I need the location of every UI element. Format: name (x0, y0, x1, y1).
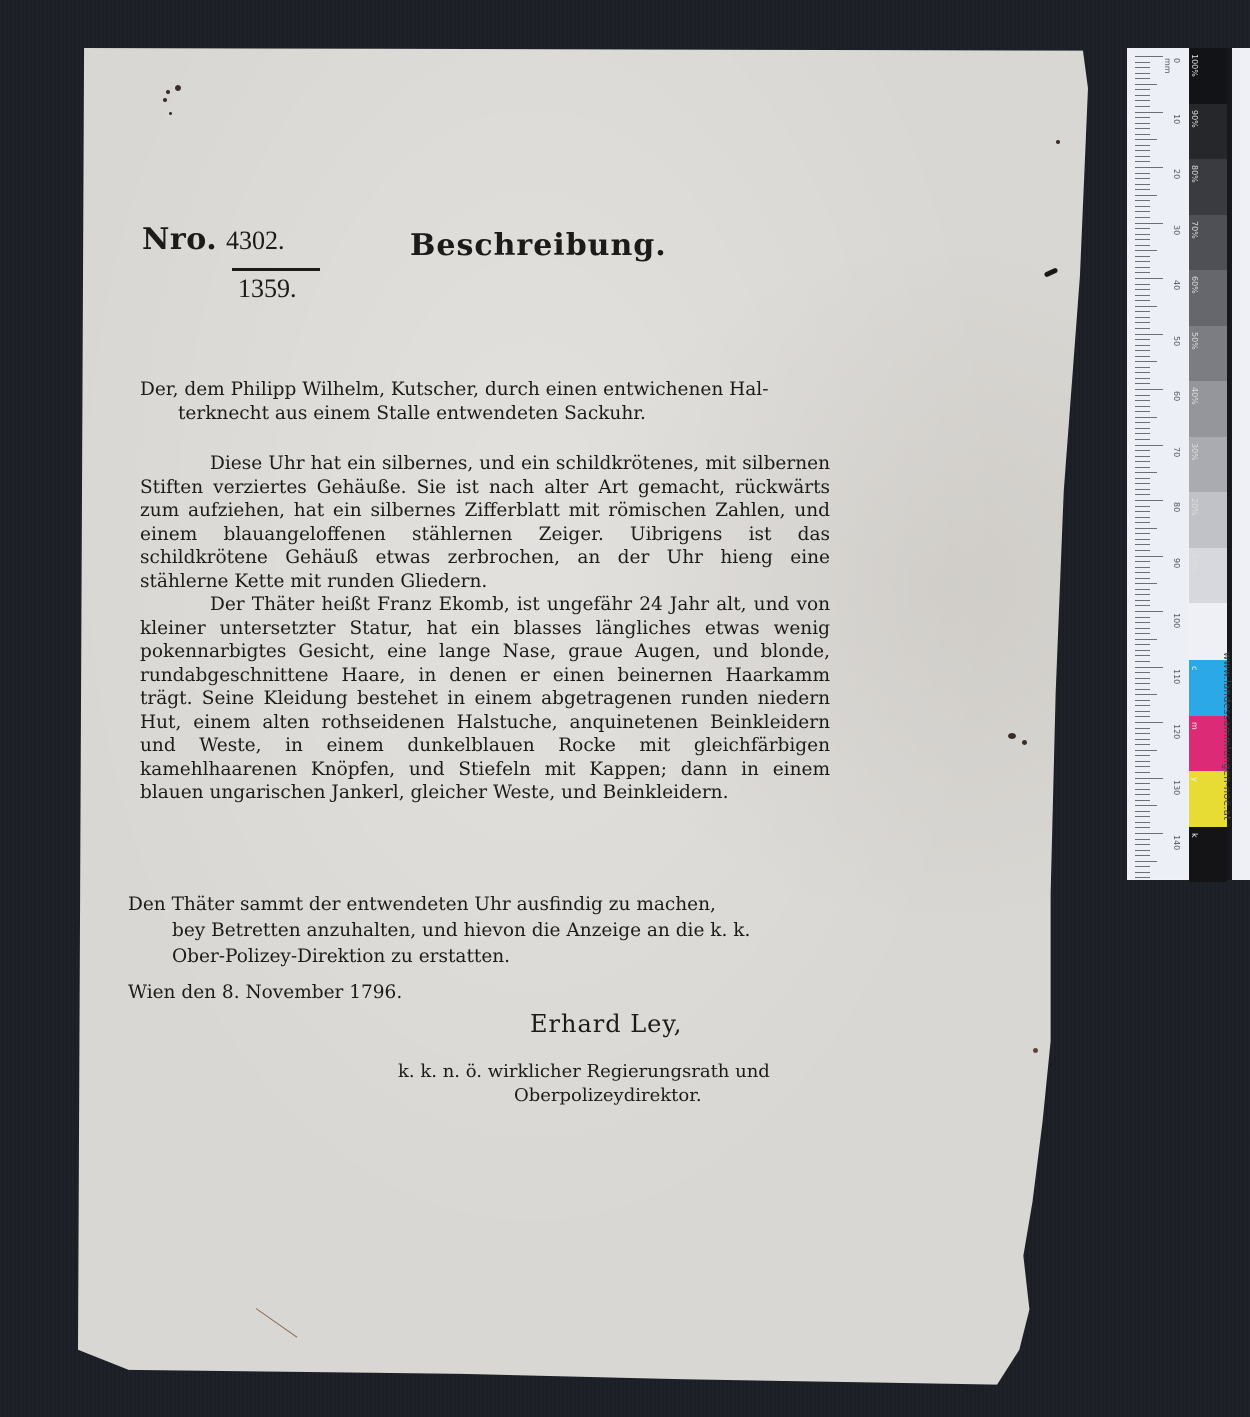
ruler-tick (1135, 311, 1150, 312)
ruler-tick (1135, 622, 1150, 623)
ruler-tick (1135, 556, 1163, 557)
ruler-tick (1135, 178, 1150, 179)
ruler-tick (1135, 173, 1150, 174)
ruler-tick (1135, 422, 1150, 423)
ink-spot (169, 112, 172, 115)
ruler-tick (1135, 683, 1150, 684)
gray-patch: 30% (1189, 437, 1227, 493)
ruler-tick (1135, 433, 1150, 434)
ruler-tick (1135, 639, 1157, 640)
ruler-tick (1135, 234, 1150, 235)
ruler-tick (1135, 145, 1150, 146)
ruler-tick (1135, 67, 1150, 68)
ruler-tick (1135, 567, 1150, 568)
ruler-tick (1135, 689, 1150, 690)
ruler-tick (1135, 428, 1150, 429)
closing-line-3: Ober-Polizey-Direktion zu erstatten. (128, 944, 828, 970)
ruler-label: 10 (1172, 114, 1181, 124)
ruler-tick (1135, 161, 1150, 162)
ruler-tick (1135, 861, 1157, 862)
ruler-tick (1135, 272, 1150, 273)
ruler-tick (1135, 811, 1150, 812)
ruler-tick (1135, 395, 1150, 396)
ruler-tick (1135, 245, 1150, 246)
signatory-title: k. k. n. ö. wirklicher Regierungsrath un… (398, 1060, 770, 1108)
ruler-tick (1135, 189, 1150, 190)
ruler-tick (1135, 739, 1150, 740)
ruler-tick (1135, 711, 1150, 712)
gray-patch: 20% (1189, 492, 1227, 548)
ruler-label: 70 (1172, 447, 1181, 457)
gray-patch: 50% (1189, 326, 1227, 382)
ruler-tick (1135, 833, 1163, 834)
ruler-tick (1135, 489, 1150, 490)
ruler-label: 140 (1172, 835, 1181, 850)
ruler-tick (1135, 633, 1150, 634)
ruler-tick (1135, 134, 1150, 135)
ruler-tick (1135, 439, 1150, 440)
ruler-tick (1135, 128, 1150, 129)
ruler-tick (1135, 827, 1150, 828)
ruler-tick (1135, 628, 1150, 629)
ruler-tick (1135, 722, 1163, 723)
ruler-tick (1135, 456, 1150, 457)
ink-spot (1033, 1048, 1038, 1053)
ruler-tick (1135, 506, 1150, 507)
ruler-tick (1135, 594, 1150, 595)
ink-spot (175, 85, 181, 91)
ruler-tick (1135, 772, 1150, 773)
ruler-tick (1135, 783, 1150, 784)
ruler-tick (1135, 589, 1150, 590)
ruler-tick (1135, 539, 1150, 540)
gray-patch-label: 50% (1190, 332, 1199, 350)
ruler-tick (1135, 106, 1150, 107)
ruler-tick (1135, 184, 1150, 185)
ruler-tick (1135, 661, 1150, 662)
ruler-tick (1135, 844, 1150, 845)
ruler-tick (1135, 672, 1150, 673)
ruler-tick (1135, 728, 1150, 729)
ruler-tick (1135, 517, 1150, 518)
ruler-tick (1135, 417, 1157, 418)
document-date: Wien den 8. November 1796. (128, 982, 402, 1003)
gray-patch-label: 40% (1190, 387, 1199, 405)
ruler-tick (1135, 472, 1157, 473)
ink-spot (1022, 740, 1027, 745)
ruler-label: 60 (1172, 391, 1181, 401)
ruler-label: 110 (1172, 669, 1181, 684)
ink-spot (163, 98, 167, 102)
ruler-tick (1135, 367, 1150, 368)
ruler-tick (1135, 611, 1163, 612)
ruler-tick (1135, 339, 1150, 340)
ruler-tick (1135, 156, 1150, 157)
ruler-tick (1135, 84, 1157, 85)
ruler-tick (1135, 73, 1150, 74)
ruler-tick (1135, 289, 1150, 290)
ruler-tick (1135, 95, 1150, 96)
ruler-tick (1135, 306, 1157, 307)
ruler-tick (1135, 755, 1150, 756)
ruler-tick (1135, 223, 1163, 224)
ink-spot (1056, 140, 1060, 144)
ruler-tick (1135, 778, 1163, 779)
ruler-tick (1135, 617, 1150, 618)
closing-line-1: Den Thäter sammt der entwendeten Uhr aus… (128, 894, 716, 915)
ruler-tick (1135, 511, 1150, 512)
ruler-tick (1135, 195, 1157, 196)
ruler-label: 80 (1172, 502, 1181, 512)
ruler-tick (1135, 494, 1150, 495)
ruler-label: 100 (1172, 613, 1181, 628)
ruler-tick (1135, 877, 1150, 878)
ruler-tick (1135, 406, 1150, 407)
ruler-tick (1135, 117, 1150, 118)
ruler-tick (1135, 322, 1150, 323)
ruler-tick (1135, 694, 1157, 695)
gray-patch-label: 30% (1190, 443, 1199, 461)
color-patch-label: c (1190, 666, 1199, 670)
ruler-tick (1135, 211, 1150, 212)
ruler-label: 40 (1172, 280, 1181, 290)
ruler-tick (1135, 855, 1150, 856)
ruler-tick (1135, 123, 1150, 124)
gray-patch-label: 10% (1190, 554, 1199, 572)
ruler-tick (1135, 217, 1150, 218)
ruler-tick (1135, 411, 1150, 412)
ruler-tick (1135, 256, 1150, 257)
color-patch: k (1189, 827, 1227, 883)
ruler-tick (1135, 700, 1150, 701)
gray-patch: 60% (1189, 270, 1227, 326)
color-patch-label: m (1190, 722, 1199, 730)
ruler-tick (1135, 284, 1150, 285)
signatory-title-line-2: Oberpolizeydirektor. (398, 1084, 770, 1108)
perpetrator-description-paragraph: Der Thäter heißt Franz Ekomb, ist ungefä… (140, 593, 830, 805)
ruler-tick (1135, 300, 1150, 301)
fraction-line (232, 268, 320, 271)
ruler-tick (1135, 250, 1157, 251)
ruler-tick (1135, 816, 1150, 817)
ruler-tick (1135, 794, 1150, 795)
ruler-tick (1135, 872, 1150, 873)
ruler-tick (1135, 583, 1157, 584)
ruler-tick (1135, 345, 1150, 346)
ruler-tick (1135, 678, 1150, 679)
ink-spot (166, 90, 170, 94)
color-patch-label: y (1190, 777, 1199, 782)
ruler-tick (1135, 478, 1150, 479)
number-prefix: Nro. (142, 222, 217, 257)
ruler-tick (1135, 350, 1150, 351)
ink-spot (1044, 267, 1059, 277)
gray-patch: 70% (1189, 215, 1227, 271)
gray-patch-label: 80% (1190, 165, 1199, 183)
ruler-tick (1135, 150, 1150, 151)
ruler-tick (1135, 522, 1150, 523)
subject-line-1: Der, dem Philipp Wilhelm, Kutscher, durc… (140, 379, 768, 400)
ruler-tick (1135, 372, 1150, 373)
ruler-tick (1135, 550, 1150, 551)
ruler-tick (1135, 400, 1150, 401)
ruler-tick (1135, 200, 1150, 201)
ruler-tick (1135, 78, 1150, 79)
ruler-tick (1135, 450, 1150, 451)
gray-patch-label: 60% (1190, 276, 1199, 294)
ruler-tick (1135, 100, 1150, 101)
ruler-tick (1135, 766, 1150, 767)
collection-url: www.landessammlungen-noe.at (1221, 652, 1232, 820)
ruler-tick (1135, 850, 1150, 851)
signatory-title-line-1: k. k. n. ö. wirklicher Regierungsrath un… (398, 1061, 770, 1082)
ruler-tick (1135, 822, 1150, 823)
watch-description-paragraph: Diese Uhr hat ein silbernes, und ein sch… (140, 452, 830, 593)
ruler-label: 120 (1172, 724, 1181, 739)
ruler-tick (1135, 716, 1150, 717)
ruler-label: 20 (1172, 169, 1181, 179)
gray-patch: 90% (1189, 104, 1227, 160)
gray-patch: 40% (1189, 381, 1227, 437)
ruler-tick (1135, 139, 1157, 140)
ruler-tick (1135, 528, 1157, 529)
ruler-tick (1135, 866, 1150, 867)
subject-line-2: terknecht aus einem Stalle entwendeten S… (140, 402, 830, 426)
ruler-tick (1135, 361, 1157, 362)
ruler-tick (1135, 572, 1150, 573)
ruler-label: 90 (1172, 558, 1181, 568)
ruler-tick (1135, 800, 1150, 801)
ruler-tick (1135, 761, 1150, 762)
color-patch-label: k (1190, 833, 1199, 838)
ruler-tick (1135, 445, 1163, 446)
ruler-tick (1135, 605, 1150, 606)
paragraph-1-text: Diese Uhr hat ein silbernes, und ein sch… (140, 453, 830, 592)
ruler-tick (1135, 805, 1157, 806)
ruler-label: 30 (1172, 225, 1181, 235)
ruler-tick (1135, 467, 1150, 468)
document-number: 4302. (226, 226, 285, 256)
ruler-tick (1135, 206, 1150, 207)
ruler-tick (1135, 500, 1163, 501)
ruler-label: 0 mm (1163, 58, 1181, 74)
ruler-tick (1135, 228, 1150, 229)
ruler-tick (1135, 334, 1163, 335)
ruler-tick (1135, 62, 1150, 63)
ink-spot (1008, 733, 1016, 739)
document-title: Beschreibung. (410, 228, 667, 263)
ruler-tick (1135, 167, 1163, 168)
gray-patch-label: 70% (1190, 221, 1199, 239)
gray-patch-label: 100% (1190, 54, 1199, 77)
ruler-label: 130 (1172, 780, 1181, 795)
ruler-tick (1135, 461, 1150, 462)
ruler-tick (1135, 56, 1163, 57)
ruler-tick (1135, 644, 1150, 645)
ruler-tick (1135, 750, 1157, 751)
ruler-tick (1135, 705, 1150, 706)
document-subnumber: 1359. (238, 274, 297, 304)
ruler-tick (1135, 578, 1150, 579)
gray-patch-label: 20% (1190, 498, 1199, 516)
paper-fiber (256, 1308, 298, 1337)
gray-patch: 100% (1189, 48, 1227, 104)
gray-patch: 10% (1189, 548, 1227, 604)
ruler-tick (1135, 667, 1163, 668)
ruler-tick (1135, 483, 1150, 484)
ruler-tick (1135, 112, 1163, 113)
ruler-tick (1135, 733, 1150, 734)
ruler-tick (1135, 328, 1150, 329)
ruler-tick (1135, 650, 1150, 651)
ruler-tick (1135, 839, 1150, 840)
subject-heading: Der, dem Philipp Wilhelm, Kutscher, durc… (140, 378, 830, 425)
ruler-tick (1135, 600, 1150, 601)
ruler-tick (1135, 561, 1150, 562)
ruler-tick (1135, 239, 1150, 240)
ruler-tick (1135, 789, 1150, 790)
ruler-tick (1135, 267, 1150, 268)
ruler-tick (1135, 261, 1150, 262)
closing-line-2: bey Betretten anzuhalten, und hievon die… (128, 918, 828, 944)
ruler-tick (1135, 278, 1163, 279)
ruler-tick (1135, 533, 1150, 534)
paragraph-2-text: Der Thäter heißt Franz Ekomb, ist ungefä… (140, 594, 830, 803)
ruler-tick (1135, 389, 1163, 390)
ruler-label: 50 (1172, 336, 1181, 346)
ruler-tick (1135, 378, 1150, 379)
ruler-tick (1135, 544, 1150, 545)
ruler-tick (1135, 356, 1150, 357)
ruler-tick (1135, 89, 1150, 90)
signatory-name: Erhard Ley, (530, 1010, 682, 1038)
ruler-tick (1135, 295, 1150, 296)
ruler-tick (1135, 655, 1150, 656)
gray-patch-label: 90% (1190, 110, 1199, 128)
closing-instruction: Den Thäter sammt der entwendeten Uhr aus… (128, 892, 828, 970)
gray-patch: 80% (1189, 159, 1227, 215)
ruler-tick (1135, 317, 1150, 318)
ruler-tick (1135, 744, 1150, 745)
mm-ruler: 0 mm102030405060708090100110120130140 (1135, 48, 1187, 876)
ruler-tick (1135, 383, 1150, 384)
